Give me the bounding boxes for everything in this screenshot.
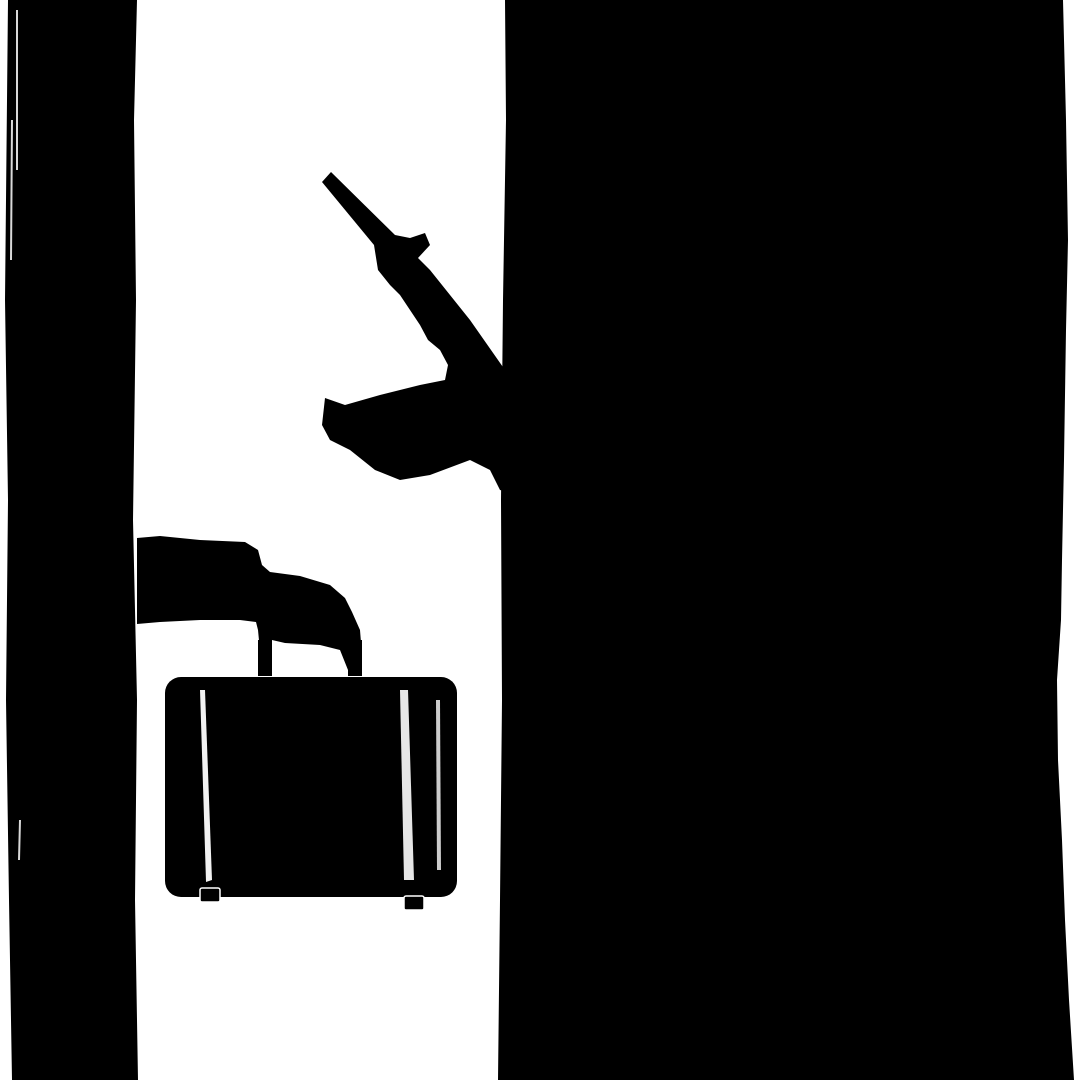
briefcase bbox=[165, 677, 457, 910]
ink-illustration bbox=[0, 0, 1080, 1080]
right-wall bbox=[498, 0, 1074, 1080]
left-wall bbox=[5, 0, 138, 1080]
